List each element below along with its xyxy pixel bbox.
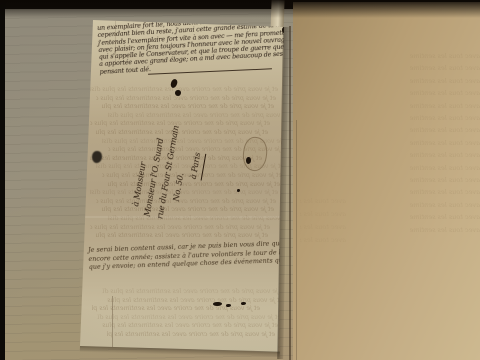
bleed-line: et je vous prie de me croire avec les se… — [107, 331, 275, 338]
bleed-line: et je vous prie de me croire avec les se… — [102, 288, 286, 295]
bleed-line: avec tous les sentiments de la plus parf… — [410, 102, 480, 110]
bleed-line: avec tous les sentiments de la plus parf… — [300, 197, 346, 205]
bleed-line: avec tous les sentiments de la plus parf… — [410, 151, 480, 159]
bleed-line: avec tous les sentiments de la plus parf… — [410, 139, 480, 147]
bleed-line: avec tous les sentiments de la plus parf… — [410, 77, 480, 85]
bleed-line: et je vous prie de me croire avec les se… — [102, 103, 274, 110]
bleed-line: et je vous prie de me croire avec les se… — [96, 95, 276, 102]
fold-crease-horizontal — [82, 216, 282, 218]
bleed-line: et je vous prie de me croire avec les se… — [96, 232, 268, 239]
bleed-line: avec tous les sentiments de la plus parf… — [300, 210, 346, 218]
bleed-line: avec tous les sentiments de la plus parf… — [410, 114, 480, 122]
bleed-line: et je vous prie de me croire avec les se… — [90, 86, 278, 93]
bleed-line: avec tous les sentiments de la plus parf… — [410, 52, 480, 60]
bleed-line: avec tous les sentiments de la plus parf… — [300, 236, 346, 244]
photo-top-shadow — [0, 0, 480, 18]
album-spine-edge-line-2 — [296, 120, 297, 360]
fold-crease-vertical — [112, 296, 113, 348]
fold-crease-vertical-top — [115, 21, 116, 61]
bleed-line: avec tous les sentiments de la plus parf… — [300, 223, 346, 231]
bleed-line: avec tous les sentiments de la plus parf… — [410, 89, 480, 97]
photo-of-manuscript-letter: avec tous les sentiments de la plus parf… — [0, 0, 480, 360]
bleed-line: avec tous les sentiments de la plus parf… — [410, 213, 480, 221]
bleed-line: avec tous les sentiments de la plus parf… — [410, 226, 480, 234]
bleed-line: et je vous prie de me croire avec les se… — [102, 322, 278, 329]
bleed-line: avec tous les sentiments de la plus parf… — [410, 64, 480, 72]
bleed-line: avec tous les sentiments de la plus parf… — [410, 188, 480, 196]
bleed-line: avec tous les sentiments de la plus parf… — [410, 201, 480, 209]
bleed-line: avec tous les sentiments de la plus parf… — [410, 176, 480, 184]
bleed-line: et je vous prie de me croire avec les se… — [97, 314, 281, 321]
bleed-line: et je vous prie de me croire avec les se… — [92, 305, 260, 312]
bleed-line: et je vous prie de me croire avec les se… — [90, 224, 270, 231]
letter-bottom-paragraph: Je serai bien content aussi, car je ne p… — [88, 239, 281, 271]
bleed-line: avec tous les sentiments de la plus parf… — [410, 164, 480, 172]
bleed-line: avec tous les sentiments de la plus parf… — [410, 126, 480, 134]
bleed-line: et je vous prie de me croire avec les se… — [107, 297, 283, 304]
album-spine-edge-line — [289, 26, 291, 360]
